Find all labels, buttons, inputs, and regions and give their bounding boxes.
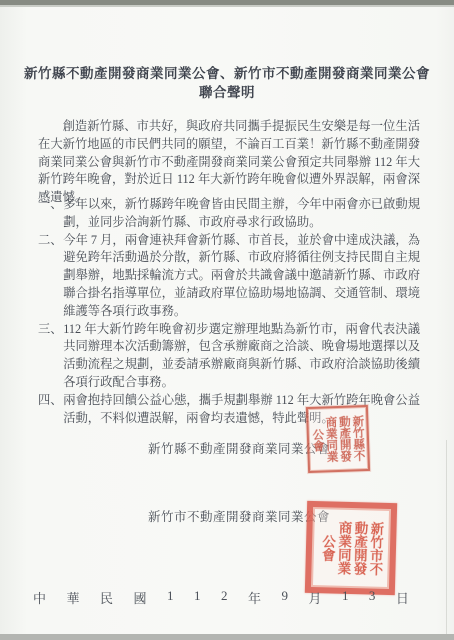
statement-item-3: 三、 112 年大新竹跨年晚會初步選定辦理地點為新竹市，兩會代表決議共同辦理本次… [38, 321, 420, 392]
statement-item-2: 二、 今年 7 月，兩會連袂拜會新竹縣、市首長，並於會中達成決議，為避免跨年活動… [38, 232, 420, 321]
signature-city-association: 新竹市不動產開發商業同業公會 [148, 507, 330, 525]
statement-item-1: 一、 多年以來，新竹縣跨年晚會皆由民間主辦，今年中兩會亦已啟動規劃，並同步洽詢新… [38, 196, 420, 232]
city-association-seal-stamp: 新竹市不動產開發商業同業公會 [305, 501, 397, 595]
item-text: 今年 7 月，兩會連袂拜會新竹縣、市首長，並於會中達成決議，為避免跨年活動過於分… [63, 233, 420, 318]
scan-artifact-top-edge [0, 0, 454, 5]
item-marker: 二、 [38, 232, 63, 250]
date-char: 華 [67, 588, 80, 607]
date-char: 1 [194, 588, 201, 607]
date-char: 1 [342, 588, 349, 607]
document-title: 新竹縣不動產開發商業同業公會、新竹市不動產開發商業同業公會 聯合聲明 [0, 64, 454, 102]
document-title-line1: 新竹縣不動產開發商業同業公會、新竹市不動產開發商業同業公會 [0, 64, 454, 83]
date-char: 日 [396, 588, 409, 607]
signature-county-association: 新竹縣不動產開發商業同業公會 [148, 439, 330, 457]
scan-artifact-bottom-edge [0, 634, 454, 640]
item-marker: 三、 [38, 321, 63, 339]
statement-item-list: 一、 多年以來，新竹縣跨年晚會皆由民間主辦，今年中兩會亦已啟動規劃，並同步洽詢新… [38, 196, 420, 427]
item-marker: 四、 [38, 392, 63, 410]
item-text: 多年以來，新竹縣跨年晚會皆由民間主辦，今年中兩會亦已啟動規劃，並同步洽詢新竹縣、… [63, 197, 420, 229]
date-char: 月 [308, 588, 321, 607]
date-char: 國 [134, 588, 147, 607]
intro-paragraph: 創造新竹縣、市共好，與政府共同攜手提振民生安樂是每一位生活在大新竹地區的市民們共… [38, 118, 420, 207]
item-marker: 一、 [38, 196, 63, 214]
date-char: 3 [369, 588, 376, 607]
document-title-line2: 聯合聲明 [0, 83, 454, 102]
scanned-document-page: 新竹縣不動產開發商業同業公會、新竹市不動產開發商業同業公會 聯合聲明 創造新竹縣… [0, 0, 454, 640]
date-char: 9 [281, 588, 288, 607]
date-char: 年 [248, 588, 261, 607]
date-char: 民 [100, 588, 113, 607]
item-text: 112 年大新竹跨年晚會初步選定辦理地點為新竹市，兩會代表決議共同辦理本次活動籌… [63, 322, 420, 389]
date-char: 1 [167, 588, 174, 607]
city-seal-text: 新竹市不動產開發商業同業公會 [318, 515, 384, 581]
scan-artifact-right-edge [446, 440, 447, 634]
date-char: 中 [33, 588, 46, 607]
roc-date-line: 中 華 民 國 1 1 2 年 9 月 1 3 日 [33, 588, 409, 607]
county-association-seal-stamp: 新竹縣不動產開發商業同業公會 [306, 405, 370, 473]
county-seal-text: 新竹縣不動產開發商業同業公會 [310, 411, 366, 467]
date-char: 2 [221, 588, 228, 607]
